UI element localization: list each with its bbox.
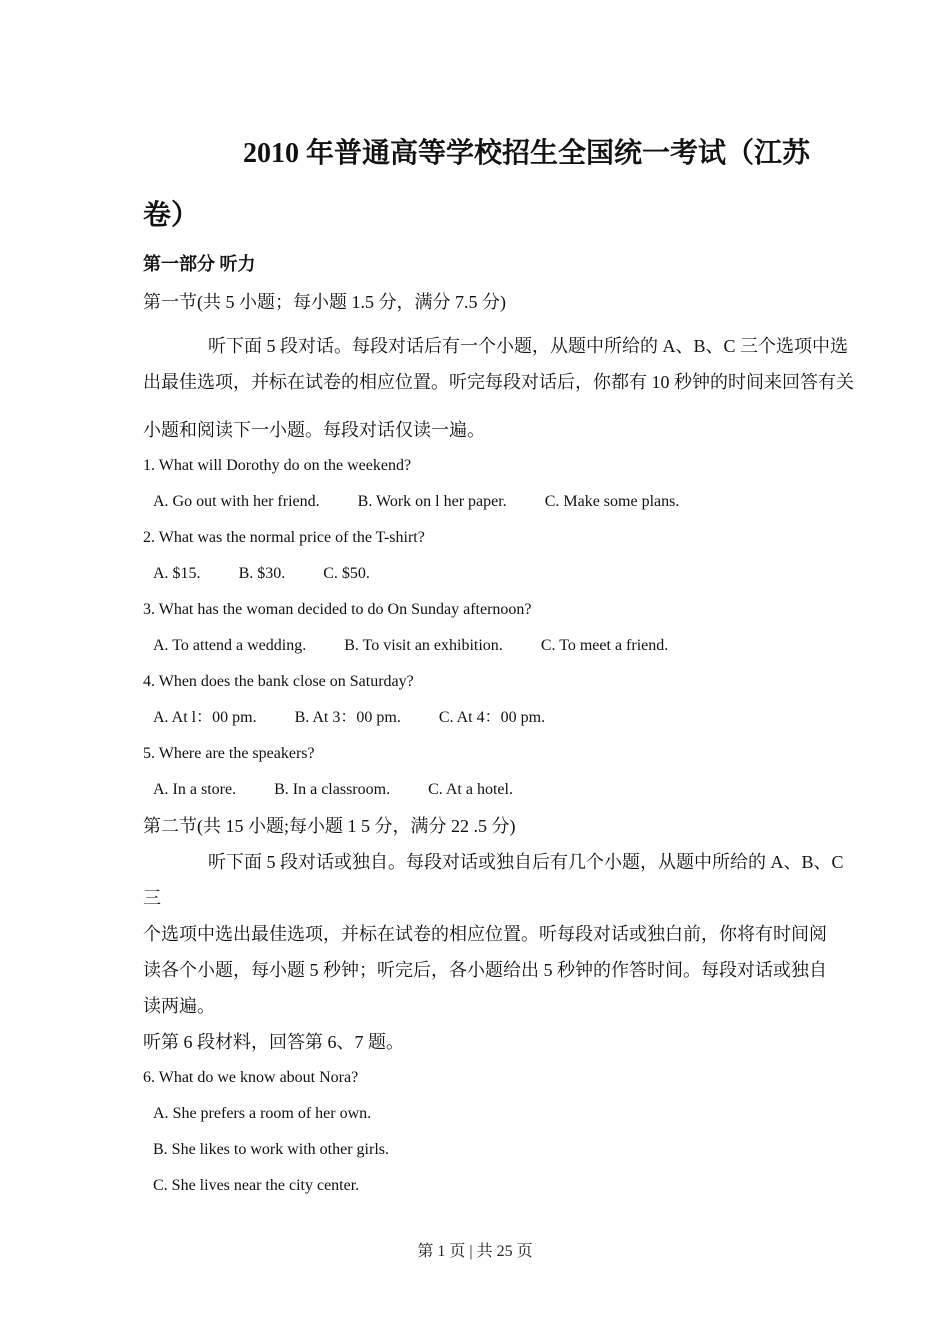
section1-instruction-line: 出最佳选项，并标在试卷的相应位置。听完每段对话后，你都有 10 秒钟的时间来回答… xyxy=(143,364,843,400)
question-1-options: A. Go out with her friend.B. Work on l h… xyxy=(143,484,843,520)
question-1-text: 1. What will Dorothy do on the weekend? xyxy=(143,448,843,484)
question-2-options: A. $15.B. $30.C. $50. xyxy=(143,556,843,592)
question-2-text: 2. What was the normal price of the T-sh… xyxy=(143,520,843,556)
question-3-options: A. To attend a wedding.B. To visit an ex… xyxy=(143,628,843,664)
section2-instruction-line: 读两遍。 xyxy=(143,988,843,1024)
document-content: 2010 年普通高等学校招生全国统一考试（江苏 卷） 第一部分 听力 第一节(共… xyxy=(143,132,843,1204)
question-5-option-c: C. At a hotel. xyxy=(428,772,513,808)
question-6-option-c: C. She lives near the city center. xyxy=(143,1168,843,1204)
section2-instruction-line: 个选项中选出最佳选项，并标在试卷的相应位置。听每段对话或独白前，你将有时间阅 xyxy=(143,916,843,952)
section2-instruction-line: 听下面 5 段对话或独自。每段对话或独自后有几个小题，从题中所给的 A、B、C xyxy=(143,844,843,880)
question-3-option-a: A. To attend a wedding. xyxy=(153,628,306,664)
section1-instruction-line: 小题和阅读下一小题。每段对话仅读一遍。 xyxy=(143,412,843,448)
question-6-text: 6. What do we know about Nora? xyxy=(143,1060,843,1096)
question-4-option-b: B. At 3：00 pm. xyxy=(295,700,401,736)
section2-instruction-line: 三 xyxy=(143,880,843,916)
exam-document-page: 2010 年普通高等学校招生全国统一考试（江苏 卷） 第一部分 听力 第一节(共… xyxy=(0,0,950,1344)
question-5-option-a: A. In a store. xyxy=(153,772,236,808)
document-title-line-2: 卷） xyxy=(143,194,843,238)
page-footer: 第 1 页 | 共 25 页 xyxy=(0,1240,950,1264)
question-2-option-b: B. $30. xyxy=(239,556,286,592)
question-1-option-c: C. Make some plans. xyxy=(545,484,680,520)
question-3-option-c: C. To meet a friend. xyxy=(541,628,668,664)
question-4-text: 4. When does the bank close on Saturday? xyxy=(143,664,843,700)
question-6-option-a: A. She prefers a room of her own. xyxy=(143,1096,843,1132)
question-3-text: 3. What has the woman decided to do On S… xyxy=(143,592,843,628)
question-2-option-c: C. $50. xyxy=(323,556,370,592)
question-5-option-b: B. In a classroom. xyxy=(274,772,390,808)
question-4-option-a: A. At l：00 pm. xyxy=(153,700,257,736)
question-5-text: 5. Where are the speakers? xyxy=(143,736,843,772)
document-title-line-1: 2010 年普通高等学校招生全国统一考试（江苏 xyxy=(243,132,843,176)
question-6-option-b: B. She likes to work with other girls. xyxy=(143,1132,843,1168)
question-2-option-a: A. $15. xyxy=(153,556,201,592)
question-1-option-b: B. Work on l her paper. xyxy=(358,484,507,520)
section2-heading: 第二节(共 15 小题;每小题 1 5 分，满分 22 .5 分) xyxy=(143,808,843,844)
question-1-option-a: A. Go out with her friend. xyxy=(153,484,320,520)
part1-heading: 第一部分 听力 xyxy=(143,246,843,282)
question-3-option-b: B. To visit an exhibition. xyxy=(344,628,503,664)
question-5-options: A. In a store.B. In a classroom.C. At a … xyxy=(143,772,843,808)
material-note: 听第 6 段材料，回答第 6、7 题。 xyxy=(143,1024,843,1060)
section1-heading: 第一节(共 5 小题；每小题 1.5 分，满分 7.5 分) xyxy=(143,284,843,320)
question-4-option-c: C. At 4：00 pm. xyxy=(439,700,545,736)
question-4-options: A. At l：00 pm.B. At 3：00 pm.C. At 4：00 p… xyxy=(143,700,843,736)
section1-instruction-line: 听下面 5 段对话。每段对话后有一个小题，从题中所给的 A、B、C 三个选项中选 xyxy=(143,328,843,364)
section2-instruction-line: 读各个小题，每小题 5 秒钟；听完后，各小题给出 5 秒钟的作答时间。每段对话或… xyxy=(143,952,843,988)
